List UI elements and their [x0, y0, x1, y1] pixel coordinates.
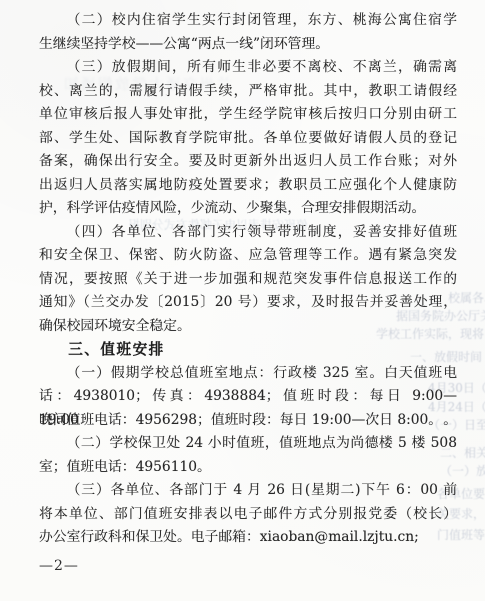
text-line: 部、学生处、国际教育学院审批。各单位要做好请假人员的登记 [39, 127, 457, 151]
text-line: 备案，确保出行安全。要及时更新外出返归人员工作台账；对外 [39, 150, 457, 174]
text-line: 晚间值班电话：4956298；值班时段：每日 19:00—次日 8:00。 [39, 409, 457, 433]
text-line: 出返归人员落实属地防疫处置要求；教职员工应强化个人健康防 [39, 174, 457, 198]
text-line: 和安全保卫、保密、防火防盗、应急管理等工作。遇有紧急突发 [39, 244, 457, 268]
text-line: （三）各单位、各部门于 4 月 26 日(星期二)下午 6：00 前 [39, 479, 457, 503]
document-body: （二）校内住宿学生实行封闭管理，东方、桃海公寓住宿学 生继续坚持学校——公寓“两… [39, 9, 457, 550]
text-line: 生继续坚持学校——公寓“两点一线”闭环管理。 [39, 33, 457, 57]
text-line: 单位审核后报人事处审批，学生经学院审核后按归口分别由研工 [39, 103, 457, 127]
text-line: 室；值班电话：4956110。 [39, 456, 457, 480]
text-line: 办公室行政科和保卫处。电子邮箱：xiaoban@mail.lzjtu.cn; [39, 526, 457, 550]
page-number: —2— [39, 558, 79, 574]
text-line: （一）假期学校总值班室地点：行政楼 325 室。白天值班电 [39, 362, 457, 386]
text-line: （二）校内住宿学生实行封闭管理，东方、桃海公寓住宿学 [39, 9, 457, 33]
text-line: （二）学校保卫处 24 小时值班，值班地点为尚德楼 5 楼 508 [39, 432, 457, 456]
text-line: 情况，要按照《关于进一步加强和规范突发事件信息报送工作的 [39, 268, 457, 292]
text-line: 校、离兰的，需履行请假手续，严格审批。其中，教职工请假经 [39, 80, 457, 104]
text-line: 话：4938010；传真：4938884；值班时段：每日 9:00—19:00。 [39, 385, 457, 409]
text-line: 确保校园环境安全稳定。 [39, 315, 457, 339]
text-line: 通知》（兰交办发〔2015〕20 号）要求，及时报告并妥善处理， [39, 291, 457, 315]
text-line: 将本单位、部门值班安排表以电子邮件方式分别报党委（校长） [39, 503, 457, 527]
text-line: 护，科学评估疫情风险，少流动、少聚集，合理安排假期活动。 [39, 197, 457, 221]
text-line: （四）各单位、各部门实行领导带班制度，妥善安排好值班 [39, 221, 457, 245]
section-heading: 三、值班安排 [39, 338, 457, 362]
text-line: （三）放假期间，所有师生非必要不离校、不离兰，确需离 [39, 56, 457, 80]
document-page: 兰州交通大学放假通知 值班安排表以电子邮件方式分别报 校属各单位： 据国务院办公… [0, 0, 485, 601]
